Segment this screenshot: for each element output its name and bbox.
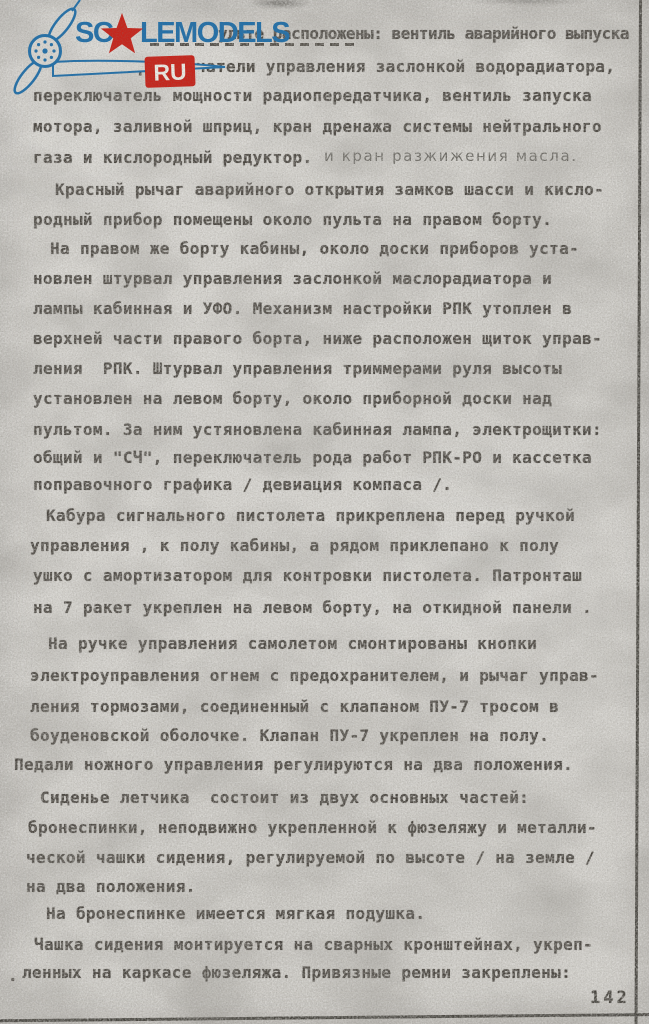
text-line: ления тормозами, соединенный с клапаном … <box>30 697 559 716</box>
text-line: газа и кислородный редуктор. <box>33 148 313 167</box>
dashed-underline <box>150 43 355 46</box>
handwritten-annotation: и кран разжижения масла. <box>324 147 578 165</box>
page-number: 142 <box>590 988 630 1008</box>
text-line: поправочного графика / девиация компаса … <box>33 475 452 494</box>
text-line: на два положения. <box>26 877 196 896</box>
scanned-document-page: ульте расположены: вентиль аварийного вы… <box>0 0 649 1024</box>
text-line: На правом же борту кабины, около доски п… <box>50 239 579 258</box>
text-line: ушко с амортизатором для контровки писто… <box>33 566 582 585</box>
text-line: Сиденье летчика состоит из двух основных… <box>40 788 529 807</box>
text-line: Чашка сидения монтируется на сварных кро… <box>34 935 593 954</box>
text-line: родный прибор помещены около пульта на п… <box>33 210 552 229</box>
text-line: верхней части правого борта, ниже распол… <box>33 329 602 348</box>
text-line: ления РПК. Штурвал управления триммерами… <box>33 359 562 378</box>
text-line: ленных на каркасе фюзеляжа. Привязные ре… <box>22 963 571 982</box>
text-line: На бронеспинке имеется мягкая подушка. <box>46 904 425 923</box>
text-line: на 7 ракет укреплен на левом борту, на о… <box>33 598 592 617</box>
text-line: пультом. За ним устяновлена кабинная лам… <box>33 420 602 439</box>
text-line: новлен штурвал управления заслонкой масл… <box>33 269 552 288</box>
text-line: чатели управления заслонкой водорадиатор… <box>196 57 615 76</box>
text-line: Педали ножного управления регулируются н… <box>14 755 573 774</box>
text-line: установлен на левом борту, около приборн… <box>33 389 552 408</box>
text-line: На ручке управления самолетом смонтирова… <box>48 634 537 653</box>
text-line: переключатель мощности радиопередатчика,… <box>33 86 592 105</box>
text-line: общий и "СЧ", переключатель рода работ Р… <box>33 448 592 467</box>
text-line: электроуправления огнем с предохранителе… <box>30 666 599 685</box>
text-line: Кабура сигнального пистолета прикреплена… <box>46 506 575 525</box>
text-line: управления , к полу кабины, а рядом прик… <box>30 536 559 555</box>
text-line: ческой чашки сидения, регулируемой по вы… <box>26 848 595 867</box>
text-line: боуденовской оболочке. Клапан ПУ-7 укреп… <box>30 726 549 745</box>
text-line: асси, пере <box>58 57 158 76</box>
text-layer: ульте расположены: вентиль аварийного вы… <box>0 0 649 1024</box>
text-line: Красный рычаг аварийного открытия замков… <box>55 180 604 199</box>
text-line: . <box>8 966 18 985</box>
text-line: ульте расположены: вентиль аварийного вы… <box>218 24 629 43</box>
text-line: бронеспинки, неподвижно укрепленной к фю… <box>28 818 597 837</box>
text-line: мотора, заливной шприц, кран дренажа сис… <box>33 117 602 136</box>
text-line: лампы кабинная и УФО. Механизм настройки… <box>33 299 572 318</box>
